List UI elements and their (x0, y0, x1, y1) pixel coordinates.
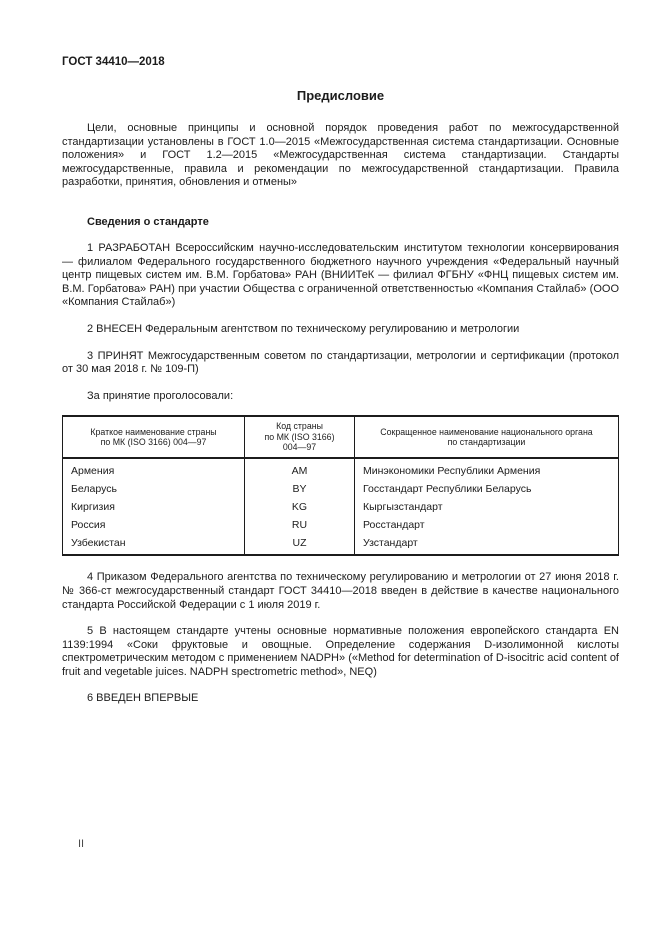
page-number: II (78, 838, 84, 850)
table-row: Узбекистан UZ Узстандарт (63, 534, 619, 556)
table-cell-country: Беларусь (63, 480, 245, 498)
standard-info-item-1: 1 РАЗРАБОТАН Всероссийским научно-исслед… (62, 242, 619, 310)
table-cell-country: Россия (63, 516, 245, 534)
table-cell-org: Госстандарт Республики Беларусь (355, 480, 619, 498)
page-title: Предисловие (62, 88, 619, 103)
table-row: Армения AM Минэкономики Республики Армен… (63, 458, 619, 480)
table-cell-code: KG (245, 498, 355, 516)
table-row: Беларусь BY Госстандарт Республики Белар… (63, 480, 619, 498)
standard-number: ГОСТ 34410—2018 (62, 56, 619, 69)
table-cell-code: BY (245, 480, 355, 498)
table-header-country: Краткое наименование страны по МК (ISO 3… (63, 416, 245, 458)
table-header-org: Сокращенное наименование национального о… (355, 416, 619, 458)
table-cell-code: AM (245, 458, 355, 480)
vote-intro: За принятие проголосовали: (62, 390, 619, 404)
table-cell-country: Киргизия (63, 498, 245, 516)
table-cell-org: Кыргызстандарт (355, 498, 619, 516)
table-cell-code: UZ (245, 534, 355, 556)
table-row: Россия RU Росстандарт (63, 516, 619, 534)
table-cell-org: Росстандарт (355, 516, 619, 534)
standard-info-item-4: 4 Приказом Федерального агентства по тех… (62, 571, 619, 612)
table-header-row: Краткое наименование страны по МК (ISO 3… (63, 416, 619, 458)
table-row: Киргизия KG Кыргызстандарт (63, 498, 619, 516)
table-header-code: Код страны по МК (ISO 3166) 004—97 (245, 416, 355, 458)
table-cell-country: Армения (63, 458, 245, 480)
table-cell-org: Минэкономики Республики Армения (355, 458, 619, 480)
vote-table: Краткое наименование страны по МК (ISO 3… (62, 415, 619, 556)
standard-info-item-6: 6 ВВЕДЕН ВПЕРВЫЕ (62, 692, 619, 706)
document-page: ГОСТ 34410—2018 Предисловие Цели, основн… (0, 0, 661, 936)
table-cell-code: RU (245, 516, 355, 534)
section-heading: Сведения о стандарте (62, 216, 619, 229)
table-cell-country: Узбекистан (63, 534, 245, 556)
standard-info-item-3: 3 ПРИНЯТ Межгосударственным советом по с… (62, 350, 619, 377)
standard-info-item-5: 5 В настоящем стандарте учтены основные … (62, 625, 619, 679)
table-cell-org: Узстандарт (355, 534, 619, 556)
standard-info-item-2: 2 ВНЕСЕН Федеральным агентством по техни… (62, 323, 619, 337)
intro-paragraph: Цели, основные принципы и основной поряд… (62, 122, 619, 190)
